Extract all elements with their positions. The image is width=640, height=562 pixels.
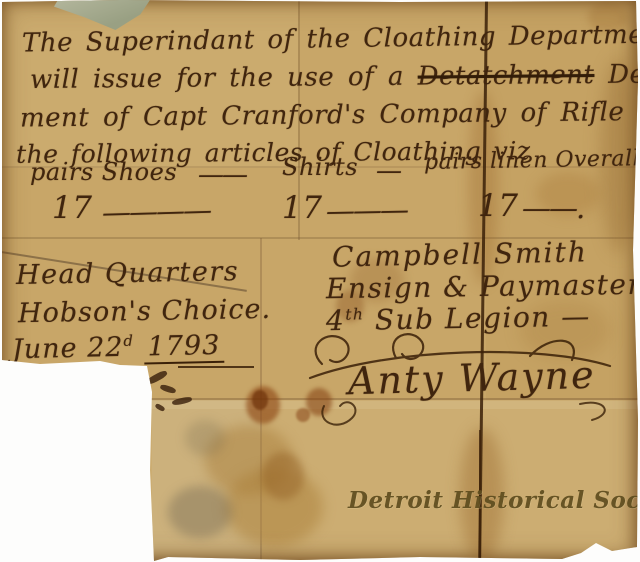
ink-smudge — [154, 403, 165, 412]
stain — [296, 408, 310, 422]
item-qty-shirts: 17 — [282, 190, 322, 226]
stain — [246, 386, 280, 424]
stain — [262, 452, 304, 500]
unit-superscript: th — [345, 305, 364, 323]
place-line: Hobson's Choice. — [18, 294, 272, 329]
manuscript-paper: The Superindant of the Cloathing Departm… — [0, 0, 640, 562]
pencil-smudge — [168, 486, 232, 538]
vertical-crease — [260, 238, 262, 562]
date-main: June 22 — [12, 332, 124, 365]
date-superscript: d — [123, 332, 134, 350]
struck-word: Detatchment — [418, 60, 595, 92]
signer-unit: 4th Sub Legion — — [326, 300, 591, 338]
date-year: 1793 — [143, 330, 224, 365]
date-underline — [178, 366, 254, 368]
paper-panel-shade — [152, 400, 262, 562]
horizontal-crease — [0, 398, 640, 400]
ink-smudge — [159, 384, 176, 395]
headquarters-line: Head Quarters — [16, 256, 240, 291]
dash: —— — [198, 160, 246, 190]
item-label-overalls: pairs linen Overalls — [424, 146, 640, 175]
scanned-document-image: The Superindant of the Cloathing Departm… — [0, 0, 640, 562]
item-label-shirts: Shirts — [282, 153, 358, 181]
commander-signature: Anty Wayne — [347, 353, 596, 403]
body-line-2: will issue for the use of a Detatchment … — [30, 59, 640, 95]
stain — [252, 390, 268, 410]
signer-name: Campbell Smith — [332, 235, 589, 273]
pencil-smudge — [185, 420, 225, 456]
ink-smudge — [146, 369, 169, 386]
signer-title: Ensign & Paymaster — [326, 268, 640, 305]
item-qty-overalls: 17 — [478, 188, 518, 224]
stain — [225, 468, 323, 546]
paper-panel-shade — [0, 400, 640, 562]
dash: ———— — [102, 193, 211, 230]
unit-number: 4 — [326, 304, 346, 337]
unit-rest: Sub Legion — — [364, 300, 591, 337]
body-line-2-pre: will issue for the use of a — [30, 62, 418, 95]
dash: ——. — [522, 191, 583, 225]
stain — [205, 425, 293, 495]
ink-smudge — [172, 396, 193, 406]
body-line-3: ment of Capt Cranford's Company of Rifle… — [20, 96, 640, 133]
horizontal-crease — [0, 401, 640, 409]
dash: — — [376, 156, 400, 186]
dash: ——— — [326, 192, 408, 227]
body-line-2-post: Detach. — [594, 59, 640, 90]
watermark-text: Detroit Historical Society — [348, 487, 640, 514]
tape-patch — [54, 0, 150, 30]
date-line: June 22d 1793 — [12, 330, 225, 365]
item-label-shoes: pairs Shoes — [30, 158, 177, 186]
item-qty-shoes: 17 — [52, 190, 92, 226]
stain — [306, 388, 332, 416]
